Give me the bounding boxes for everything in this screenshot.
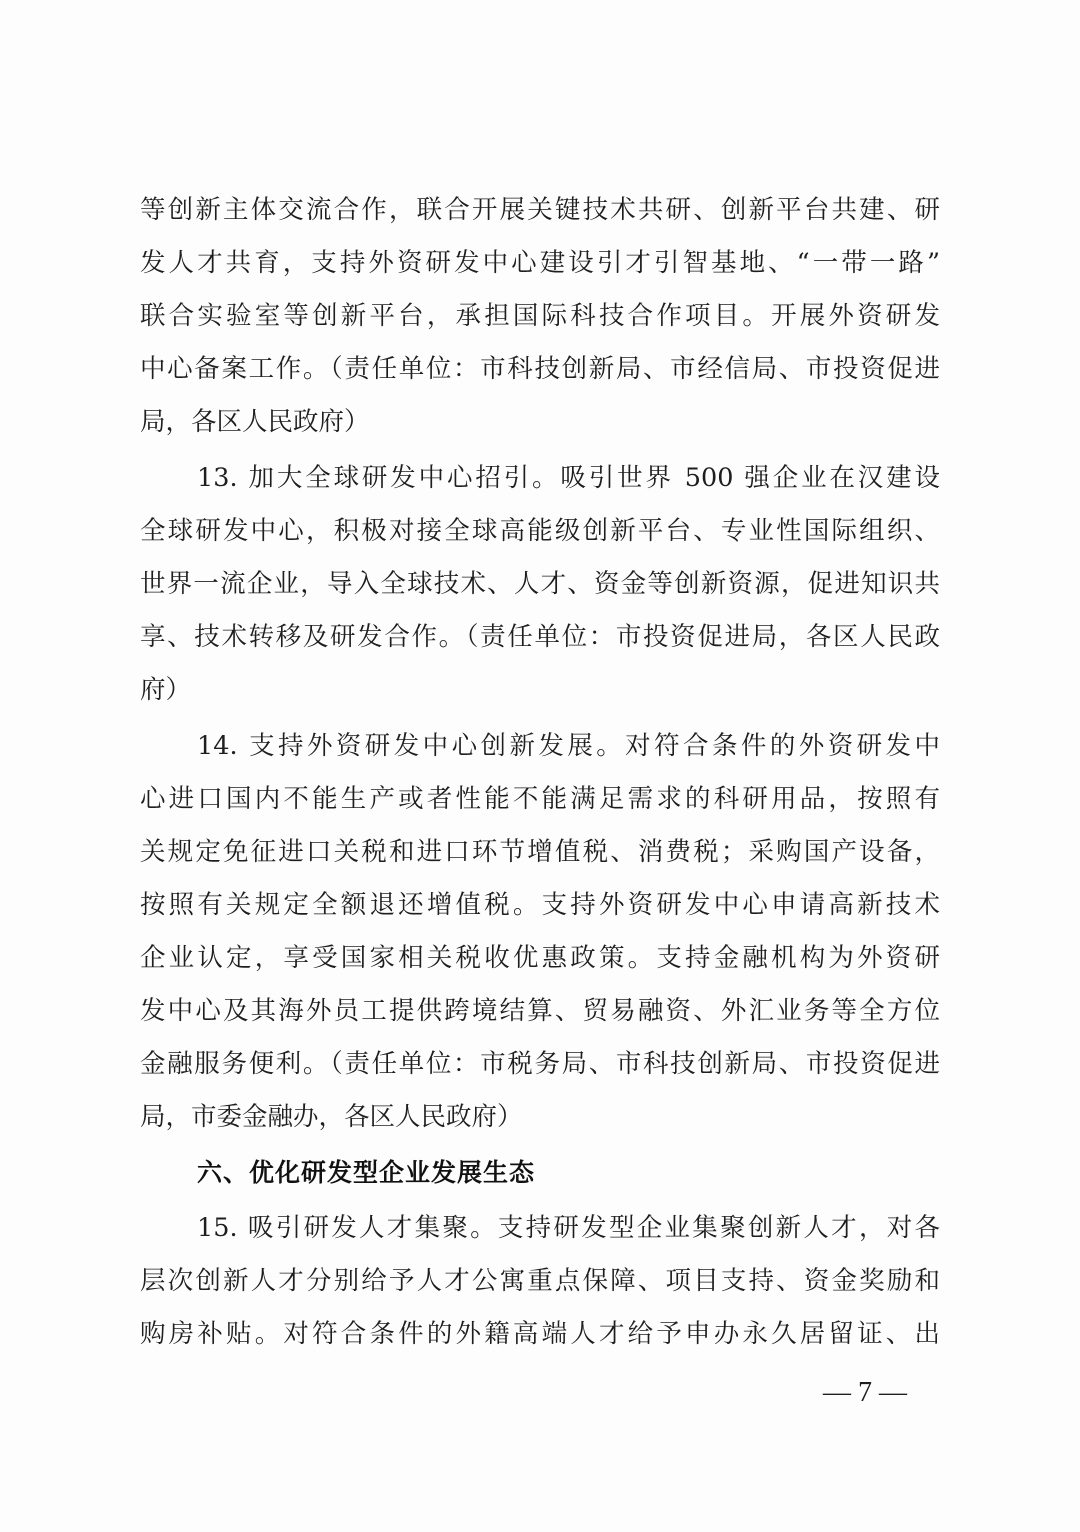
paragraph-line: 企业认定，享受国家相关税收优惠政策。支持金融机构为外资研 — [140, 938, 940, 978]
paragraph-line: 世界一流企业，导入全球技术、人才、资金等创新资源，促进知识共 — [140, 564, 940, 604]
paragraph-line: 发中心及其海外员工提供跨境结算、贸易融资、外汇业务等全方位 — [140, 991, 940, 1031]
paragraph-line: 享、技术转移及研发合作。（责任单位：市投资促进局，各区人民政 — [140, 617, 940, 657]
item-15-first-line: 15. 吸引研发人才集聚。支持研发型企业集聚创新人才，对各 — [197, 1208, 940, 1248]
paragraph-line: 发人才共育，支持外资研发中心建设引才引智基地、“一带一路” — [140, 243, 940, 283]
paragraph-line: 心进口国内不能生产或者性能不能满足需求的科研用品，按照有 — [140, 779, 940, 819]
paragraph-line: 层次创新人才分别给予人才公寓重点保障、项目支持、资金奖励和 — [140, 1261, 940, 1301]
paragraph-line: 等创新主体交流合作，联合开展关键技术共研、创新平台共建、研 — [140, 190, 940, 230]
paragraph-line: 局，各区人民政府） — [140, 402, 940, 442]
paragraph-line: 联合实验室等创新平台，承担国际科技合作项目。开展外资研发 — [140, 296, 940, 336]
section-heading: 六、优化研发型企业发展生态 — [197, 1153, 535, 1193]
paragraph-line: 购房补贴。对符合条件的外籍高端人才给予申办永久居留证、出 — [140, 1314, 940, 1354]
paragraph-line: 中心备案工作。（责任单位：市科技创新局、市经信局、市投资促进 — [140, 349, 940, 389]
paragraph-line: 府） — [140, 670, 940, 710]
paragraph-line: 全球研发中心，积极对接全球高能级创新平台、专业性国际组织、 — [140, 511, 940, 551]
paragraph-line: 按照有关规定全额退还增值税。支持外资研发中心申请高新技术 — [140, 885, 940, 925]
item-13-first-line: 13. 加大全球研发中心招引。吸引世界 500 强企业在汉建设 — [197, 458, 940, 498]
paragraph-line: 金融服务便利。（责任单位：市税务局、市科技创新局、市投资促进 — [140, 1044, 940, 1084]
item-14-first-line: 14. 支持外资研发中心创新发展。对符合条件的外资研发中 — [197, 726, 940, 766]
document-page: 等创新主体交流合作，联合开展关键技术共研、创新平台共建、研 发人才共育，支持外资… — [0, 0, 1080, 1532]
paragraph-line: 关规定免征进口关税和进口环节增值税、消费税；采购国产设备， — [140, 832, 940, 872]
paragraph-line: 局，市委金融办，各区人民政府） — [140, 1097, 940, 1137]
page-number: — 7 — — [810, 1373, 920, 1413]
